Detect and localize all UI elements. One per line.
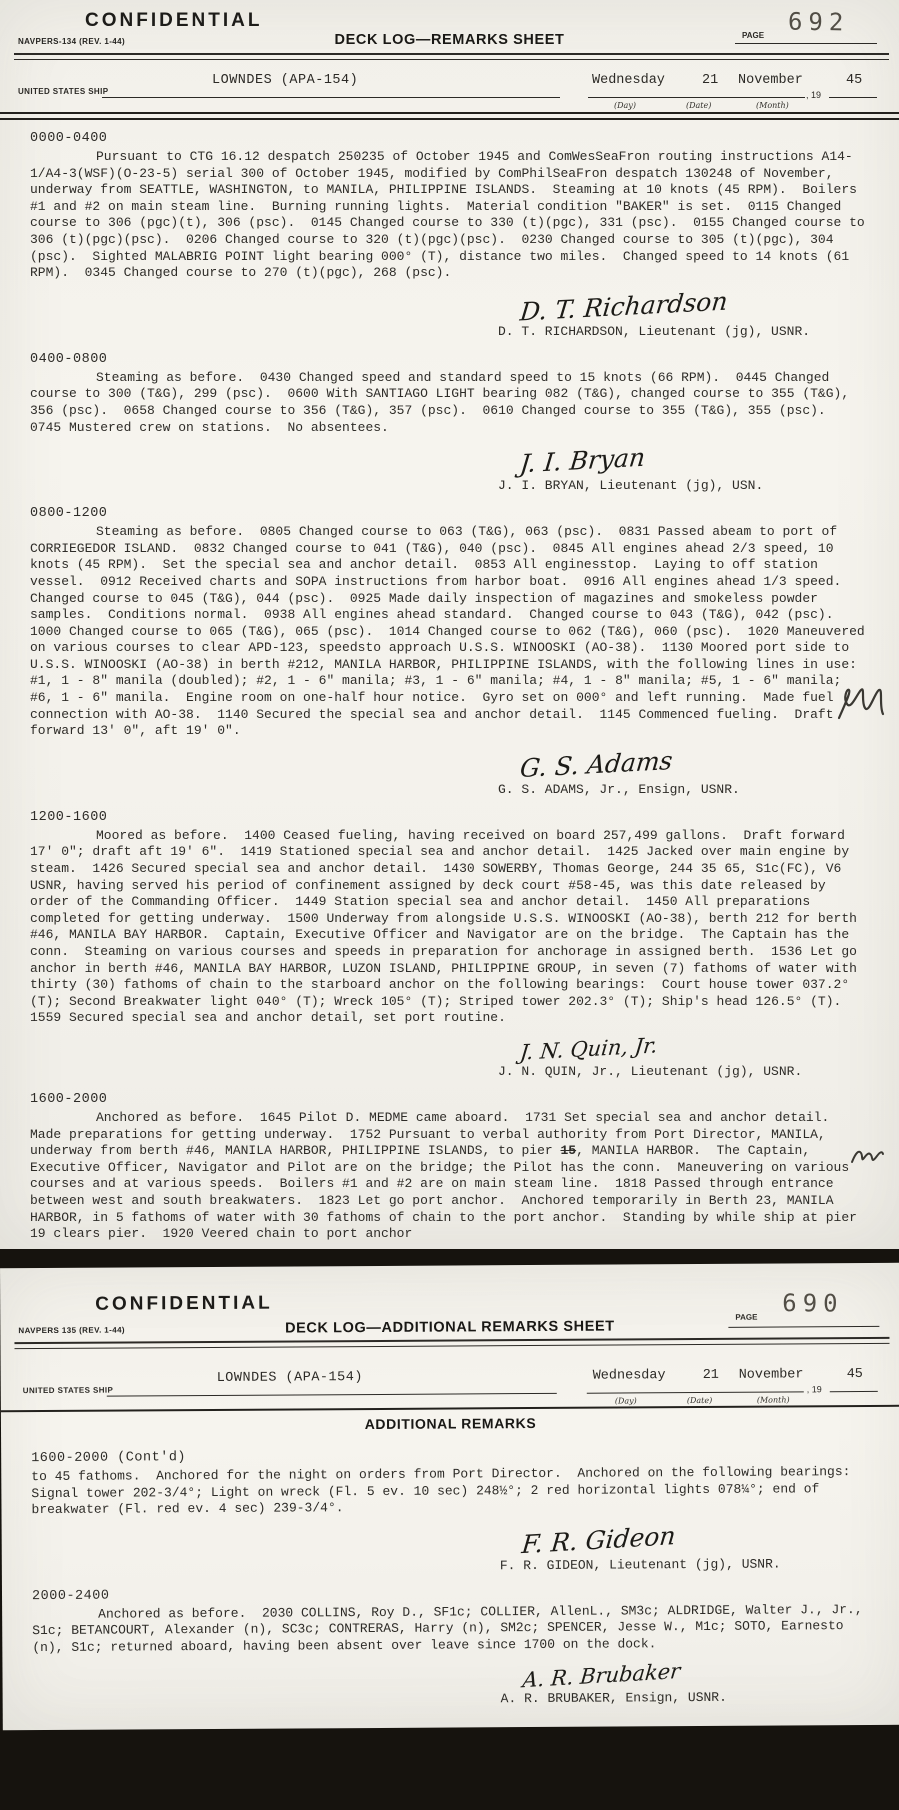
entry-time-label: 2000-2400 [32,1583,871,1604]
watch-officer-signature-block: F. R. Gideon F. R. GIDEON, Lieutenant (j… [500,1523,871,1572]
signature-handwritten: G. S. Adams [519,746,674,783]
year-underline [829,97,877,98]
signature-handwritten: J. I. Bryan [519,443,647,479]
year-printed-label: , 19 [807,1384,822,1394]
date-month-value: November [738,73,803,88]
classification-stamp: CONFIDENTIAL [95,1292,273,1315]
margin-scribble-icon [835,684,887,729]
entry-0400-0800: 0400-0800 Steaming as before. 0430 Chang… [30,352,869,493]
page1-log-entries: 0000-0400 Pursuant to CTG 16.12 despatch… [0,131,899,1243]
sheet-title: DECK LOG—REMARKS SHEET [0,32,899,48]
page-number-underline [735,43,877,44]
watch-officer-signature-block: A. R. Brubaker A. R. BRUBAKER, Ensign, U… [500,1661,871,1705]
date-sublabel: (Date) [686,101,711,110]
entry-0000-0400: 0000-0400 Pursuant to CTG 16.12 despatch… [30,131,869,339]
date-number-value: 21 [703,1368,719,1383]
divider [14,1337,889,1349]
signature-typed: D. T. RICHARDSON, Lieutenant (jg), USNR. [498,324,869,339]
page-break-shadow [0,1249,899,1263]
entry-time-label: 1600-2000 [30,1092,869,1108]
ship-name-label: UNITED STATES SHIP [18,87,108,96]
day-sublabel: (Day) [614,101,636,110]
signature-typed: J. N. QUIN, Jr., Lieutenant (jg), USNR. [498,1064,869,1079]
divider [1,1404,899,1411]
date-day-value: Wednesday [592,73,665,88]
month-sublabel: (Month) [756,101,789,110]
date-year-value: 45 [846,73,862,88]
month-sublabel: (Month) [757,1395,790,1404]
entry-time-label: 0800-1200 [30,506,869,522]
page2-log-entries: 1600-2000 (Cont'd) to 45 fathoms. Anchor… [1,1445,899,1708]
ship-name-value: LOWNDES (APA-154) [217,1370,363,1386]
entry-remarks-text: Steaming as before. 0805 Changed course … [30,524,869,740]
page-number-stamp: 690 [782,1289,844,1318]
page2-header: CONFIDENTIAL NAVPERS 135 (REV. 1-44) DEC… [0,1262,899,1437]
entry-1200-1600: 1200-1600 Moored as before. 1400 Ceased … [30,810,869,1079]
date-day-value: Wednesday [593,1368,666,1383]
year-printed-label: , 19 [806,90,821,100]
entry-time-label: 1200-1600 [30,810,869,826]
entry-remarks-text: Steaming as before. 0430 Changed speed a… [30,370,869,436]
signature-typed: A. R. BRUBAKER, Ensign, USNR. [501,1688,872,1705]
year-underline [830,1391,878,1392]
date-month-value: November [739,1367,804,1382]
signature-typed: G. S. ADAMS, Jr., Ensign, USNR. [498,782,869,797]
divider [14,53,889,60]
watch-officer-signature-block: J. I. Bryan J. I. BRYAN, Lieutenant (jg)… [498,446,869,493]
entry-remarks-text: Anchored as before. 1645 Pilot D. MEDME … [30,1110,869,1243]
entry-remarks-text: to 45 fathoms. Anchored for the night on… [31,1464,870,1519]
entry-remarks-text: Moored as before. 1400 Ceased fueling, h… [30,828,869,1027]
entry-0800-1200: 0800-1200 Steaming as before. 0805 Chang… [30,506,869,797]
entry-time-label: 0400-0800 [30,352,869,368]
date-underline [587,1391,804,1393]
date-sublabel: (Date) [687,1396,712,1405]
classification-stamp: CONFIDENTIAL [85,10,262,32]
page1-header: CONFIDENTIAL NAVPERS-134 (REV. 1-44) DEC… [0,0,899,118]
ship-name-underline [102,97,560,98]
entry-1600-2000-contd: 1600-2000 (Cont'd) to 45 fathoms. Anchor… [31,1446,871,1576]
page-label: PAGE [742,31,764,40]
deck-log-remarks-sheet: CONFIDENTIAL NAVPERS-134 (REV. 1-44) DEC… [0,0,899,1249]
date-underline [588,97,805,98]
margin-scribble-icon [849,1144,885,1173]
entry-remarks-text: Pursuant to CTG 16.12 despatch 250235 of… [30,149,869,282]
divider [0,112,899,120]
signature-handwritten: A. R. Brubaker [521,1658,681,1691]
watch-officer-signature-block: J. N. Quin, Jr. J. N. QUIN, Jr., Lieuten… [498,1037,869,1079]
signature-handwritten: D. T. Richardson [519,286,729,326]
ship-name-value: LOWNDES (APA-154) [212,73,358,88]
page-label: PAGE [735,1312,757,1321]
date-year-value: 45 [847,1367,863,1382]
entry-remarks-text: Anchored as before. 2030 COLLINS, Roy D.… [32,1601,871,1656]
watch-officer-signature-block: D. T. Richardson D. T. RICHARDSON, Lieut… [498,292,869,339]
signature-handwritten: F. R. Gideon [520,1521,677,1559]
watch-officer-signature-block: G. S. Adams G. S. ADAMS, Jr., Ensign, US… [498,750,869,797]
additional-remarks-heading: ADDITIONAL REMARKS [1,1412,899,1433]
signature-typed: J. I. BRYAN, Lieutenant (jg), USN. [498,478,869,493]
ship-name-underline [107,1393,557,1397]
deck-log-additional-remarks-sheet: CONFIDENTIAL NAVPERS 135 (REV. 1-44) DEC… [0,1262,899,1729]
struck-pier-number: 15 [561,1143,577,1158]
entry-time-label: 0000-0400 [30,131,869,147]
entry-1600-2000: 1600-2000 Anchored as before. 1645 Pilot… [30,1092,869,1243]
ship-name-label: UNITED STATES SHIP [23,1385,114,1395]
entry-time-label: 1600-2000 (Cont'd) [31,1446,870,1467]
day-sublabel: (Day) [615,1396,637,1405]
signature-handwritten: J. N. Quin, Jr. [519,1033,659,1064]
date-number-value: 21 [702,73,718,88]
entry-2000-2400: 2000-2400 Anchored as before. 2030 COLLI… [32,1583,872,1708]
page-number-stamp: 692 [788,7,850,36]
signature-typed: F. R. GIDEON, Lieutenant (jg), USNR. [500,1555,871,1572]
